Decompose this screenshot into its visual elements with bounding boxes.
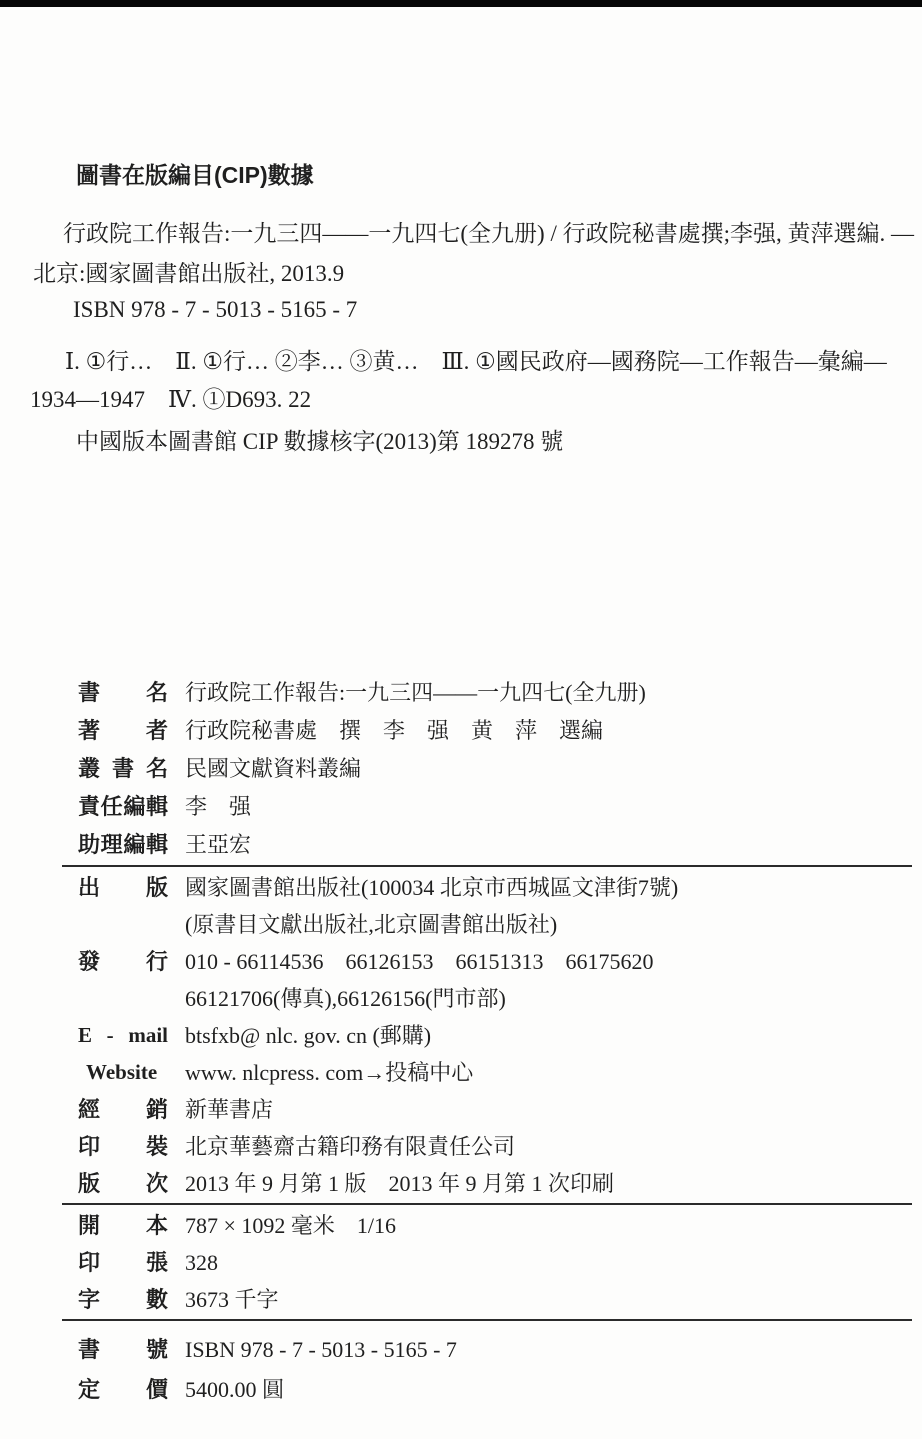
- row-value: 王亞宏: [185, 826, 251, 864]
- row-value: (原書目文獻出版社,北京圖書館出版社): [185, 906, 557, 943]
- row-label: 字 數: [78, 1281, 168, 1318]
- section-divider: [62, 865, 912, 867]
- colophon-row-isbn: 書 號 ISBN 978 - 7 - 5013 - 5165 - 7: [0, 1330, 922, 1370]
- row-value: 行政院工作報告:一九三四——一九四七(全九册): [185, 674, 646, 712]
- section-divider: [62, 1319, 912, 1321]
- colophon-row-responsible-editor: 責任編輯 李 强: [0, 788, 922, 826]
- colophon-row-price: 定 價 5400.00 圓: [0, 1370, 922, 1410]
- row-label: 助理編輯: [78, 826, 168, 864]
- colophon-row-book-title: 書 名 行政院工作報告:一九三四——一九四七(全九册): [0, 674, 922, 712]
- colophon-row-distribution-phones-2: 66121706(傳真),66126156(門市部): [0, 980, 922, 1017]
- row-value: 5400.00 圓: [185, 1370, 284, 1410]
- row-value: btsfxb@ nlc. gov. cn (郵購): [185, 1017, 431, 1054]
- colophon-row-printer: 印 裝 北京華藝齋古籍印務有限責任公司: [0, 1128, 922, 1165]
- row-value: 國家圖書館出版社(100034 北京市西城區文津街7號): [185, 869, 678, 906]
- row-label: 版 次: [78, 1165, 168, 1202]
- colophon-row-author: 著 者 行政院秘書處 撰 李 强 黄 萍 選編: [0, 712, 922, 750]
- row-label: 叢 書 名: [78, 750, 168, 788]
- row-value: 328: [185, 1244, 218, 1281]
- row-value: 787 × 1092 毫米 1/16: [185, 1207, 396, 1244]
- row-value: 2013 年 9 月第 1 版 2013 年 9 月第 1 次印刷: [185, 1165, 614, 1202]
- row-label: 定 價: [78, 1370, 168, 1410]
- row-label: E - mail: [78, 1017, 168, 1054]
- row-label: 開 本: [78, 1207, 168, 1244]
- cip-heading: 圖書在版編目(CIP)數據: [76, 160, 314, 190]
- row-value: 民國文獻資料叢編: [185, 750, 361, 788]
- row-label: 發 行: [78, 943, 168, 980]
- cip-classification-line1: Ⅰ. ①行… Ⅱ. ①行… ②李… ③黄… Ⅲ. ①國民政府—國務院—工作報告—…: [65, 347, 887, 377]
- row-label: Website: [78, 1054, 168, 1091]
- row-label: 著 者: [78, 712, 168, 750]
- colophon-group-titles: 書 名 行政院工作報告:一九三四——一九四七(全九册) 著 者 行政院秘書處 撰…: [0, 674, 922, 864]
- row-value: 010 - 66114536 66126153 66151313 6617562…: [185, 943, 654, 980]
- row-value: www. nlcpress. com→投稿中心: [185, 1054, 473, 1091]
- cip-classification-line2: 1934—1947 Ⅳ. ①D693. 22: [30, 385, 311, 415]
- row-label: 出 版: [78, 869, 168, 906]
- colophon-row-sheets: 印 張 328: [0, 1244, 922, 1281]
- row-value: 3673 千字: [185, 1281, 279, 1318]
- cip-isbn: ISBN 978 - 7 - 5013 - 5165 - 7: [73, 295, 357, 325]
- row-value: 北京華藝齋古籍印務有限責任公司: [185, 1128, 515, 1165]
- colophon-row-word-count: 字 數 3673 千字: [0, 1281, 922, 1318]
- row-label: 書 名: [78, 674, 168, 712]
- scan-edge-artifact: [0, 0, 922, 7]
- colophon-row-series: 叢 書 名 民國文獻資料叢編: [0, 750, 922, 788]
- copyright-page: 圖書在版編目(CIP)數據 行政院工作報告:一九三四——一九四七(全九册) / …: [0, 0, 922, 1439]
- section-divider: [62, 1203, 912, 1205]
- colophon-row-format: 開 本 787 × 1092 毫米 1/16: [0, 1207, 922, 1244]
- row-value: ISBN 978 - 7 - 5013 - 5165 - 7: [185, 1330, 457, 1370]
- row-label: [78, 980, 168, 1017]
- row-value: 66121706(傳真),66126156(門市部): [185, 980, 506, 1017]
- cip-description-line2: 北京:國家圖書館出版社, 2013.9: [33, 259, 344, 289]
- colophon-section: 書 名 行政院工作報告:一九三四——一九四七(全九册) 著 者 行政院秘書處 撰…: [0, 674, 922, 1410]
- cip-registry-number: 中國版本圖書館 CIP 數據核字(2013)第 189278 號: [76, 427, 563, 457]
- cip-description-line1: 行政院工作報告:一九三四——一九四七(全九册) / 行政院秘書處撰;李强, 黄萍…: [63, 219, 914, 249]
- row-value: 李 强: [185, 788, 251, 826]
- colophon-row-seller: 經 銷 新華書店: [0, 1091, 922, 1128]
- colophon-group-publication: 出 版 國家圖書館出版社(100034 北京市西城區文津街7號) (原書目文獻出…: [0, 869, 922, 1202]
- row-label: 責任編輯: [78, 788, 168, 826]
- row-label: 經 銷: [78, 1091, 168, 1128]
- row-label: 印 張: [78, 1244, 168, 1281]
- row-label: [78, 906, 168, 943]
- colophon-row-assistant-editor: 助理編輯 王亞宏: [0, 826, 922, 864]
- colophon-group-format: 開 本 787 × 1092 毫米 1/16 印 張 328 字 數 3673 …: [0, 1207, 922, 1318]
- row-value: 行政院秘書處 撰 李 强 黄 萍 選編: [185, 712, 603, 750]
- colophon-row-publisher: 出 版 國家圖書館出版社(100034 北京市西城區文津街7號): [0, 869, 922, 906]
- colophon-group-isbn-price: 書 號 ISBN 978 - 7 - 5013 - 5165 - 7 定 價 5…: [0, 1323, 922, 1410]
- row-value: 新華書店: [185, 1091, 273, 1128]
- row-label: 書 號: [78, 1330, 168, 1370]
- row-label: 印 裝: [78, 1128, 168, 1165]
- colophon-row-email: E - mail btsfxb@ nlc. gov. cn (郵購): [0, 1017, 922, 1054]
- colophon-row-website: Website www. nlcpress. com→投稿中心: [0, 1054, 922, 1091]
- colophon-row-distribution-phones: 發 行 010 - 66114536 66126153 66151313 661…: [0, 943, 922, 980]
- colophon-row-publisher-former: (原書目文獻出版社,北京圖書館出版社): [0, 906, 922, 943]
- colophon-row-edition: 版 次 2013 年 9 月第 1 版 2013 年 9 月第 1 次印刷: [0, 1165, 922, 1202]
